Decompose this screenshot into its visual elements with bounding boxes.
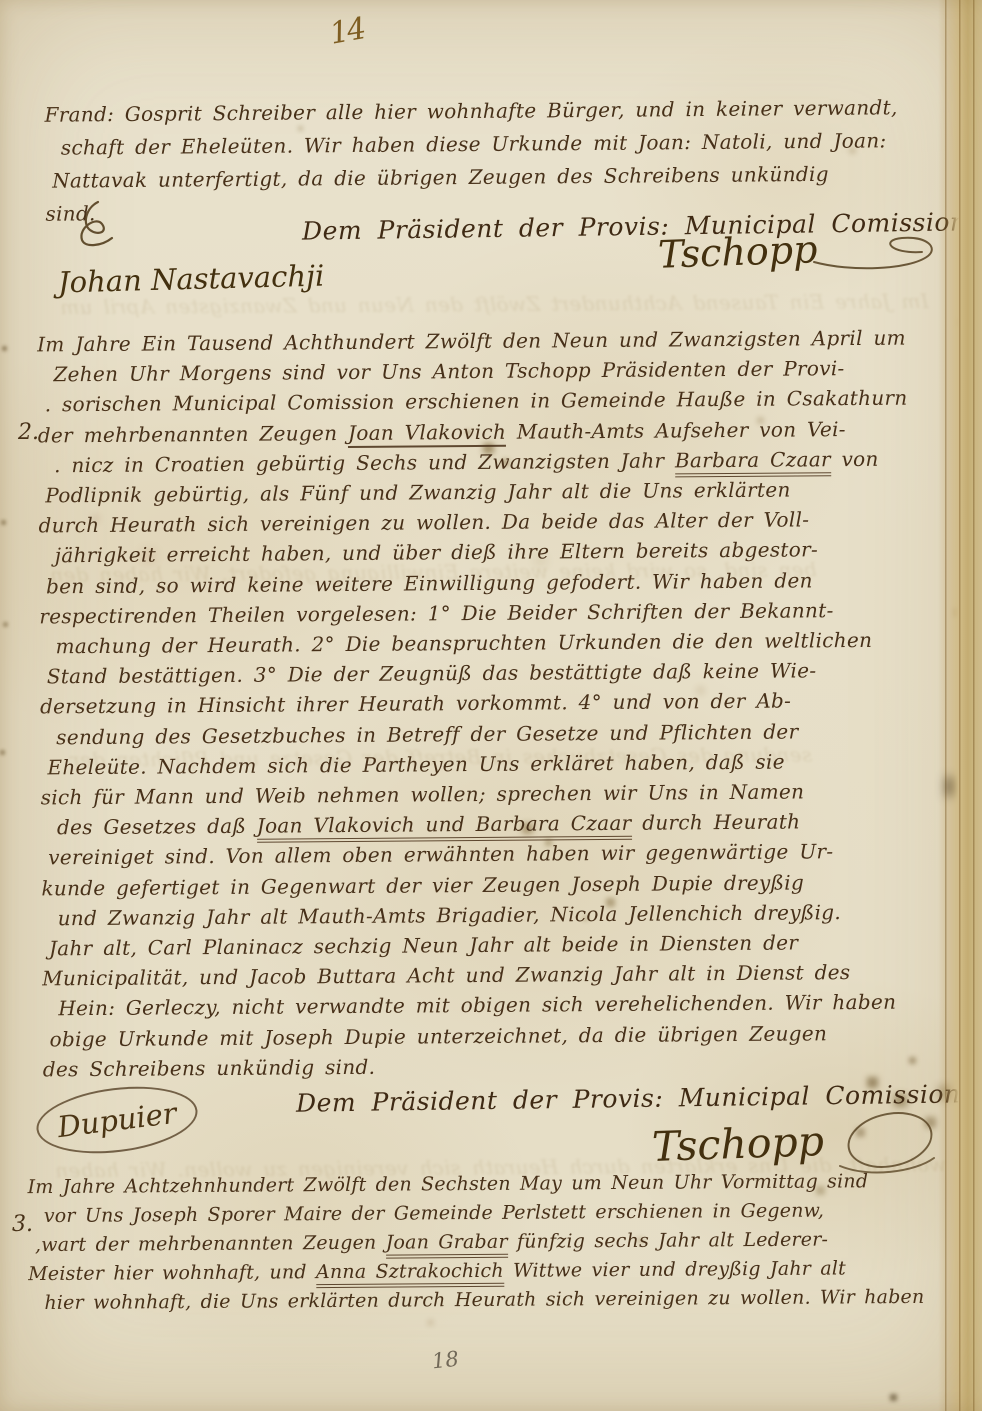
manuscript-page: Im Jahre Ein Tausend Achthundert Zwölft … bbox=[0, 0, 982, 1411]
marriage-entry-2: Im Jahre Ein Tausend Achthundert Zwölft … bbox=[37, 323, 913, 1085]
line-text: sich für Mann und Weib nehmen wollen; sp… bbox=[41, 779, 805, 809]
line-text: ben sind, so wird keine weitere Einwilli… bbox=[46, 568, 813, 598]
page-number-top: 14 bbox=[327, 11, 367, 51]
line-text: Im Jahre Achtzehnhundert Zwölft den Sech… bbox=[28, 1170, 869, 1198]
book-binding-edge bbox=[938, 0, 982, 1411]
line-text: vereiniget sind. Von allem oben erwähnte… bbox=[48, 840, 833, 870]
ink-stains bbox=[0, 0, 1, 1]
line-text: durch Heurath sich vereinigen zu wollen.… bbox=[38, 508, 809, 538]
marriage-entry-3: Im Jahre Achtzehnhundert Zwölft den Sech… bbox=[28, 1167, 925, 1318]
line-text: durch Heurath bbox=[631, 810, 800, 835]
line-text: sind. bbox=[45, 201, 95, 225]
line-text: Municipalität, und Jacob Buttara Acht un… bbox=[42, 960, 850, 990]
entry-number-2: 2. bbox=[18, 420, 39, 445]
president-heading-2: Dem Präsident der Provis: Municipal Comi… bbox=[296, 1079, 969, 1117]
line-text: sendung des Gesetzbuches in Betreff der … bbox=[56, 719, 798, 749]
line-text: vor Uns Joseph Sporer Maire der Gemeinde… bbox=[44, 1200, 824, 1227]
line-text: und Zwanzig Jahr alt Mauth-Amts Brigadie… bbox=[58, 900, 841, 930]
manuscript-line: hier wohnhaft, die Uns erklärten durch H… bbox=[44, 1283, 924, 1318]
line-text: . nicz in Croatien gebürtig Sechs und Zw… bbox=[54, 448, 675, 477]
tschopp-signature: Tschopp bbox=[657, 227, 818, 277]
dupuier-signature-text: Dupuier bbox=[56, 1096, 179, 1144]
line-text: schaft der Eheleüten. Wir haben diese Ur… bbox=[61, 128, 887, 159]
line-text: . sorischen Municipal Comission erschien… bbox=[45, 386, 908, 417]
line-text: Eheleüte. Nachdem sich die Partheyen Uns… bbox=[47, 749, 784, 779]
line-text: kunde gefertiget in Gegenwart der vier Z… bbox=[41, 870, 804, 900]
line-text: Im Jahre Ein Tausend Achthundert Zwölft … bbox=[37, 326, 906, 357]
line-text: jährigkeit erreicht haben, und über dieß… bbox=[55, 538, 818, 568]
line-text: Wittwe vier und dreyßig Jahr alt bbox=[504, 1257, 846, 1281]
line-text: Hein: Gerleczy, nicht verwandte mit obig… bbox=[58, 990, 896, 1021]
manuscript-line: des Schreibens unkündig sind. bbox=[43, 1047, 913, 1084]
line-text: Stand bestättigen. 3° Die der Zeugnüß da… bbox=[47, 659, 817, 689]
witness-signature: Johan Nastavachji bbox=[58, 259, 325, 300]
underlined-name: Anna Sztrakochich bbox=[316, 1260, 504, 1288]
underlined-name: Joan Grabar bbox=[386, 1231, 508, 1259]
line-text: von bbox=[831, 447, 879, 471]
line-text: Podlipnik gebürtig, als Fünf und Zwanzig… bbox=[45, 478, 790, 508]
line-text: dersetzung in Hinsicht ihrer Heurath vor… bbox=[40, 689, 791, 719]
line-text: des Gesetzes daß bbox=[57, 814, 257, 840]
line-text: Nattavak unterfertigt, da die übrigen Ze… bbox=[52, 162, 829, 193]
line-text: der mehrbenannten Zeugen bbox=[38, 421, 348, 447]
line-text: hier wohnhaft, die Uns erklärten durch H… bbox=[44, 1286, 924, 1314]
line-text: obige Urkunde mit Joseph Dupie unterzeic… bbox=[50, 1021, 828, 1051]
tschopp-signature-2: Tschopp bbox=[651, 1117, 825, 1171]
page-number-bottom: 18 bbox=[431, 1347, 460, 1374]
line-text: Meister hier wohnhaft, und bbox=[28, 1261, 316, 1285]
line-text: Frand: Gosprit Schreiber alle hier wohnh… bbox=[44, 95, 897, 126]
line-text: fünfzig sechs Jahr alt Lederer- bbox=[508, 1229, 829, 1253]
line-text: des Schreibens unkündig sind. bbox=[43, 1055, 376, 1082]
line-text: Jahr alt, Carl Planinacz sechzig Neun Ja… bbox=[49, 931, 798, 961]
line-text: Mauth-Amts Aufseher von Vei- bbox=[506, 417, 846, 444]
dupuier-signature: Dupuier bbox=[33, 1078, 202, 1161]
underlined-name: Joan Vlakovich bbox=[348, 419, 506, 447]
line-text: machung der Heurath. 2° Die beanspruchte… bbox=[55, 628, 872, 658]
underlined-name: Barbara Czaar bbox=[675, 447, 831, 477]
line-text: ,wart der mehrbenannten Zeugen bbox=[35, 1232, 386, 1256]
line-text: respectirenden Theilen vorgelesen: 1° Di… bbox=[39, 598, 833, 628]
line-text: Zehen Uhr Morgens sind vor Uns Anton Tsc… bbox=[53, 356, 844, 386]
